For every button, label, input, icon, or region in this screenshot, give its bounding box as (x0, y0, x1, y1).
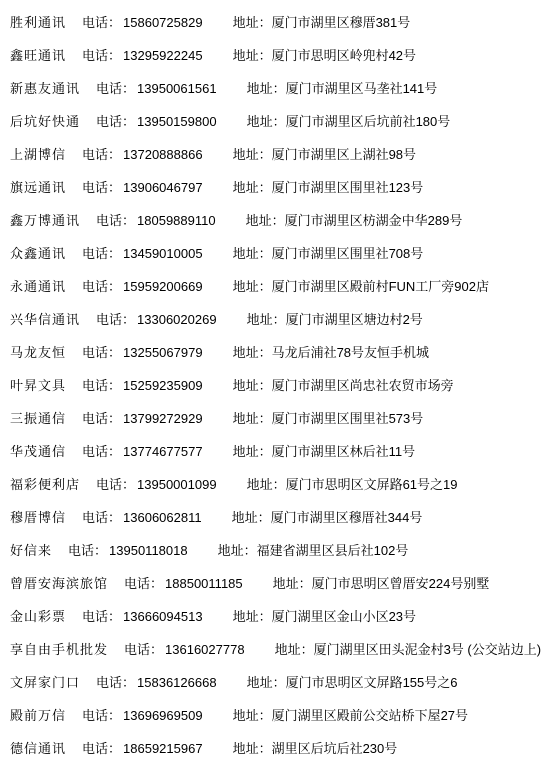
address-field: 地址：厦门市湖里区围里社123号 (233, 177, 424, 196)
phone-label: 电话： (124, 576, 163, 591)
phone-field: 电话：18850011185 (124, 573, 243, 592)
listing-row: 华茂通信 电话：13774677577 地址：厦门市湖里区林后社11号 (10, 434, 556, 467)
phone-number: 15259235909 (123, 378, 203, 393)
phone-label: 电话： (82, 48, 121, 63)
phone-number: 15959200669 (123, 279, 203, 294)
phone-label: 电话： (96, 213, 135, 228)
listing-row: 文屏家门口 电话：15836126668 地址：厦门市思明区文屏路155号之6 (10, 665, 556, 698)
phone-field: 电话：13616027778 (124, 639, 245, 658)
listing-row: 鑫万博通讯 电话：18059889110 地址：厦门市湖里区枋湖金中华289号 (10, 203, 556, 236)
listing-row: 胜利通讯 电话：15860725829 地址：厦门市湖里区穆厝381号 (10, 5, 556, 38)
address-text: 厦门市思明区岭兜村42号 (272, 48, 416, 63)
address-field: 地址：厦门湖里区殿前公交站桥下屋27号 (233, 705, 468, 724)
address-label: 地址： (247, 114, 286, 129)
phone-field: 电话：13666094513 (82, 606, 203, 625)
listing-row: 永通通讯 电话：15959200669 地址：厦门市湖里区殿前村FUN工厂旁90… (10, 269, 556, 302)
phone-field: 电话：13255067979 (82, 342, 203, 361)
address-label: 地址： (247, 675, 286, 690)
business-name: 华茂通信 (10, 441, 66, 460)
listing-row: 新惠友通讯 电话：13950061561 地址：厦门市湖里区马垄社141号 (10, 71, 556, 104)
phone-label: 电话： (96, 81, 135, 96)
address-field: 地址：厦门湖里区田头泥金村3号 (公交站边上) (275, 639, 542, 658)
phone-number: 15860725829 (123, 15, 203, 30)
address-label: 地址： (232, 510, 271, 525)
address-text: 厦门市思明区文屏路61号之19 (286, 477, 458, 492)
address-label: 地址： (233, 345, 272, 360)
phone-field: 电话：13774677577 (82, 441, 203, 460)
listing-row: 三振通信 电话：13799272929 地址：厦门市湖里区围里社573号 (10, 401, 556, 434)
phone-label: 电话： (96, 477, 135, 492)
listing-row: 上湖博信 电话：13720888866 地址：厦门市湖里区上湖社98号 (10, 137, 556, 170)
listing-row: 好信来 电话：13950118018 地址：福建省湖里区县后社102号 (10, 533, 556, 566)
phone-number: 13799272929 (123, 411, 203, 426)
address-field: 地址：厦门市湖里区枋湖金中华289号 (246, 210, 463, 229)
phone-number: 13616027778 (165, 642, 245, 657)
phone-field: 电话：13696969509 (82, 705, 203, 724)
phone-label: 电话： (82, 708, 121, 723)
address-field: 地址：厦门市湖里区塘边村2号 (247, 309, 423, 328)
listing-row: 德信通讯 电话：18659215967 地址：湖里区后坑后社230号 (10, 731, 556, 764)
address-label: 地址： (275, 642, 314, 657)
address-field: 地址：福建省湖里区县后社102号 (218, 540, 409, 559)
address-field: 地址：厦门市湖里区围里社573号 (233, 408, 424, 427)
business-name: 享自由手机批发 (10, 639, 108, 658)
address-field: 地址：厦门市湖里区穆厝381号 (233, 12, 411, 31)
phone-label: 电话： (82, 246, 121, 261)
listing-row: 曾厝安海滨旅馆 电话：18850011185 地址：厦门市思明区曾厝安224号别… (10, 566, 556, 599)
address-label: 地址： (233, 48, 272, 63)
business-name: 兴华信通讯 (10, 309, 80, 328)
phone-number: 13950001099 (137, 477, 217, 492)
address-field: 地址：厦门市湖里区穆厝社344号 (232, 507, 423, 526)
phone-field: 电话：13720888866 (82, 144, 203, 163)
address-field: 地址：厦门市湖里区林后社11号 (233, 441, 416, 460)
address-field: 地址：厦门湖里区金山小区23号 (233, 606, 416, 625)
address-text: 厦门市思明区文屏路155号之6 (286, 675, 458, 690)
listing-row: 金山彩票 电话：13666094513 地址：厦门湖里区金山小区23号 (10, 599, 556, 632)
phone-field: 电话：13950159800 (96, 111, 217, 130)
phone-number: 13950061561 (137, 81, 217, 96)
business-name: 后坑好快通 (10, 111, 80, 130)
address-text: 厦门市湖里区枋湖金中华289号 (285, 213, 463, 228)
address-label: 地址： (233, 180, 272, 195)
business-name: 旗远通讯 (10, 177, 66, 196)
phone-field: 电话：18059889110 (96, 210, 216, 229)
phone-number: 13459010005 (123, 246, 203, 261)
listing-row: 众鑫通讯 电话：13459010005 地址：厦门市湖里区围里社708号 (10, 236, 556, 269)
address-text: 马龙后浦社78号友恒手机城 (272, 345, 429, 360)
phone-number: 18059889110 (137, 213, 216, 228)
business-name: 文屏家门口 (10, 672, 80, 691)
business-name: 上湖博信 (10, 144, 66, 163)
address-text: 厦门湖里区金山小区23号 (272, 609, 416, 624)
address-text: 厦门市湖里区穆厝社344号 (271, 510, 423, 525)
phone-number: 13696969509 (123, 708, 203, 723)
phone-number: 13950118018 (109, 543, 188, 558)
business-name: 殿前万信 (10, 705, 66, 724)
phone-number: 13255067979 (123, 345, 203, 360)
business-name: 新惠友通讯 (10, 78, 80, 97)
phone-number: 13950159800 (137, 114, 217, 129)
listing-row: 享自由手机批发 电话：13616027778 地址：厦门湖里区田头泥金村3号 (… (10, 632, 556, 665)
address-field: 地址：厦门市思明区文屏路155号之6 (247, 672, 458, 691)
phone-label: 电话： (96, 312, 135, 327)
address-text: 厦门市湖里区马垄社141号 (286, 81, 438, 96)
phone-label: 电话： (82, 411, 121, 426)
address-label: 地址： (233, 246, 272, 261)
business-name: 曾厝安海滨旅馆 (10, 573, 108, 592)
address-text: 厦门市湖里区塘边村2号 (286, 312, 423, 327)
address-text: 厦门市思明区曾厝安224号别墅 (312, 576, 490, 591)
address-text: 厦门市湖里区后坑前社180号 (286, 114, 451, 129)
phone-label: 电话： (82, 510, 121, 525)
business-name: 德信通讯 (10, 738, 66, 757)
business-name: 三振通信 (10, 408, 66, 427)
phone-field: 电话：13799272929 (82, 408, 203, 427)
phone-field: 电话：15860725829 (82, 12, 203, 31)
address-label: 地址： (247, 477, 286, 492)
address-text: 厦门湖里区殿前公交站桥下屋27号 (272, 708, 468, 723)
phone-field: 电话：15959200669 (82, 276, 203, 295)
listing-row: 兴华信通讯 电话：13306020269 地址：厦门市湖里区塘边村2号 (10, 302, 556, 335)
phone-number: 13720888866 (123, 147, 203, 162)
listing-row: 后坑好快通 电话：13950159800 地址：厦门市湖里区后坑前社180号 (10, 104, 556, 137)
address-label: 地址： (218, 543, 257, 558)
phone-number: 13666094513 (123, 609, 203, 624)
phone-number: 13906046797 (123, 180, 203, 195)
phone-number: 13306020269 (137, 312, 217, 327)
listing-row: 马龙友恒 电话：13255067979 地址：马龙后浦社78号友恒手机城 (10, 335, 556, 368)
phone-number: 15836126668 (137, 675, 217, 690)
phone-label: 电话： (96, 114, 135, 129)
address-text: 厦门市湖里区林后社11号 (272, 444, 416, 459)
phone-field: 电话：13950061561 (96, 78, 217, 97)
address-label: 地址： (233, 444, 272, 459)
address-label: 地址： (273, 576, 312, 591)
listing-list: 胜利通讯 电话：15860725829 地址：厦门市湖里区穆厝381号 鑫旺通讯… (0, 0, 556, 764)
address-text: 福建省湖里区县后社102号 (257, 543, 409, 558)
address-field: 地址：马龙后浦社78号友恒手机城 (233, 342, 429, 361)
listing-row: 鑫旺通讯 电话：13295922245 地址：厦门市思明区岭兜村42号 (10, 38, 556, 71)
address-field: 地址：厦门市湖里区尚忠社农贸市场旁 (233, 375, 454, 394)
business-name: 叶昇文具 (10, 375, 66, 394)
phone-label: 电话： (82, 378, 121, 393)
phone-label: 电话： (82, 609, 121, 624)
phone-number: 13295922245 (123, 48, 203, 63)
phone-field: 电话：13459010005 (82, 243, 203, 262)
phone-field: 电话：13906046797 (82, 177, 203, 196)
phone-label: 电话： (68, 543, 107, 558)
address-field: 地址：厦门市湖里区围里社708号 (233, 243, 424, 262)
phone-label: 电话： (82, 147, 121, 162)
phone-number: 13606062811 (123, 510, 202, 525)
address-label: 地址： (233, 378, 272, 393)
address-field: 地址：厦门市湖里区殿前村FUN工厂旁902店 (233, 276, 489, 295)
address-field: 地址：厦门市湖里区上湖社98号 (233, 144, 416, 163)
phone-field: 电话：15836126668 (96, 672, 217, 691)
address-field: 地址：厦门市思明区岭兜村42号 (233, 45, 416, 64)
address-text: 厦门市湖里区围里社708号 (272, 246, 424, 261)
business-name: 金山彩票 (10, 606, 66, 625)
address-label: 地址： (233, 279, 272, 294)
address-label: 地址： (233, 15, 272, 30)
listing-row: 叶昇文具 电话：15259235909 地址：厦门市湖里区尚忠社农贸市场旁 (10, 368, 556, 401)
address-text: 厦门市湖里区围里社573号 (272, 411, 424, 426)
business-name: 胜利通讯 (10, 12, 66, 31)
phone-number: 18659215967 (123, 741, 203, 756)
business-name: 好信来 (10, 540, 52, 559)
address-text: 厦门市湖里区殿前村FUN工厂旁902店 (272, 279, 489, 294)
phone-label: 电话： (124, 642, 163, 657)
business-name: 鑫旺通讯 (10, 45, 66, 64)
phone-field: 电话：13306020269 (96, 309, 217, 328)
address-text: 厦门市湖里区围里社123号 (272, 180, 424, 195)
listing-row: 穆厝博信 电话：13606062811 地址：厦门市湖里区穆厝社344号 (10, 500, 556, 533)
address-field: 地址：厦门市思明区曾厝安224号别墅 (273, 573, 490, 592)
address-text: 厦门市湖里区上湖社98号 (272, 147, 416, 162)
phone-label: 电话： (82, 444, 121, 459)
address-field: 地址：厦门市湖里区后坑前社180号 (247, 111, 451, 130)
address-text: 湖里区后坑后社230号 (272, 741, 398, 756)
phone-field: 电话：18659215967 (82, 738, 203, 757)
address-text: 厦门湖里区田头泥金村3号 (公交站边上) (314, 642, 542, 657)
phone-number: 18850011185 (165, 576, 243, 591)
listing-row: 福彩便利店 电话：13950001099 地址：厦门市思明区文屏路61号之19 (10, 467, 556, 500)
address-label: 地址： (233, 741, 272, 756)
phone-field: 电话：15259235909 (82, 375, 203, 394)
listing-row: 殿前万信 电话：13696969509 地址：厦门湖里区殿前公交站桥下屋27号 (10, 698, 556, 731)
address-label: 地址： (247, 312, 286, 327)
address-label: 地址： (233, 708, 272, 723)
address-text: 厦门市湖里区尚忠社农贸市场旁 (272, 378, 454, 393)
address-field: 地址：厦门市湖里区马垄社141号 (247, 78, 438, 97)
phone-field: 电话：13606062811 (82, 507, 202, 526)
address-label: 地址： (233, 411, 272, 426)
phone-label: 电话： (82, 345, 121, 360)
phone-label: 电话： (96, 675, 135, 690)
phone-label: 电话： (82, 741, 121, 756)
business-name: 永通通讯 (10, 276, 66, 295)
listing-row: 旗远通讯 电话：13906046797 地址：厦门市湖里区围里社123号 (10, 170, 556, 203)
business-name: 众鑫通讯 (10, 243, 66, 262)
business-name: 穆厝博信 (10, 507, 66, 526)
phone-field: 电话：13295922245 (82, 45, 203, 64)
address-label: 地址： (247, 81, 286, 96)
address-text: 厦门市湖里区穆厝381号 (272, 15, 411, 30)
phone-number: 13774677577 (123, 444, 203, 459)
phone-label: 电话： (82, 180, 121, 195)
business-name: 马龙友恒 (10, 342, 66, 361)
business-name: 鑫万博通讯 (10, 210, 80, 229)
address-field: 地址：厦门市思明区文屏路61号之19 (247, 474, 458, 493)
address-label: 地址： (233, 609, 272, 624)
address-label: 地址： (246, 213, 285, 228)
phone-field: 电话：13950118018 (68, 540, 188, 559)
business-name: 福彩便利店 (10, 474, 80, 493)
address-field: 地址：湖里区后坑后社230号 (233, 738, 398, 757)
address-label: 地址： (233, 147, 272, 162)
phone-label: 电话： (82, 279, 121, 294)
phone-field: 电话：13950001099 (96, 474, 217, 493)
phone-label: 电话： (82, 15, 121, 30)
